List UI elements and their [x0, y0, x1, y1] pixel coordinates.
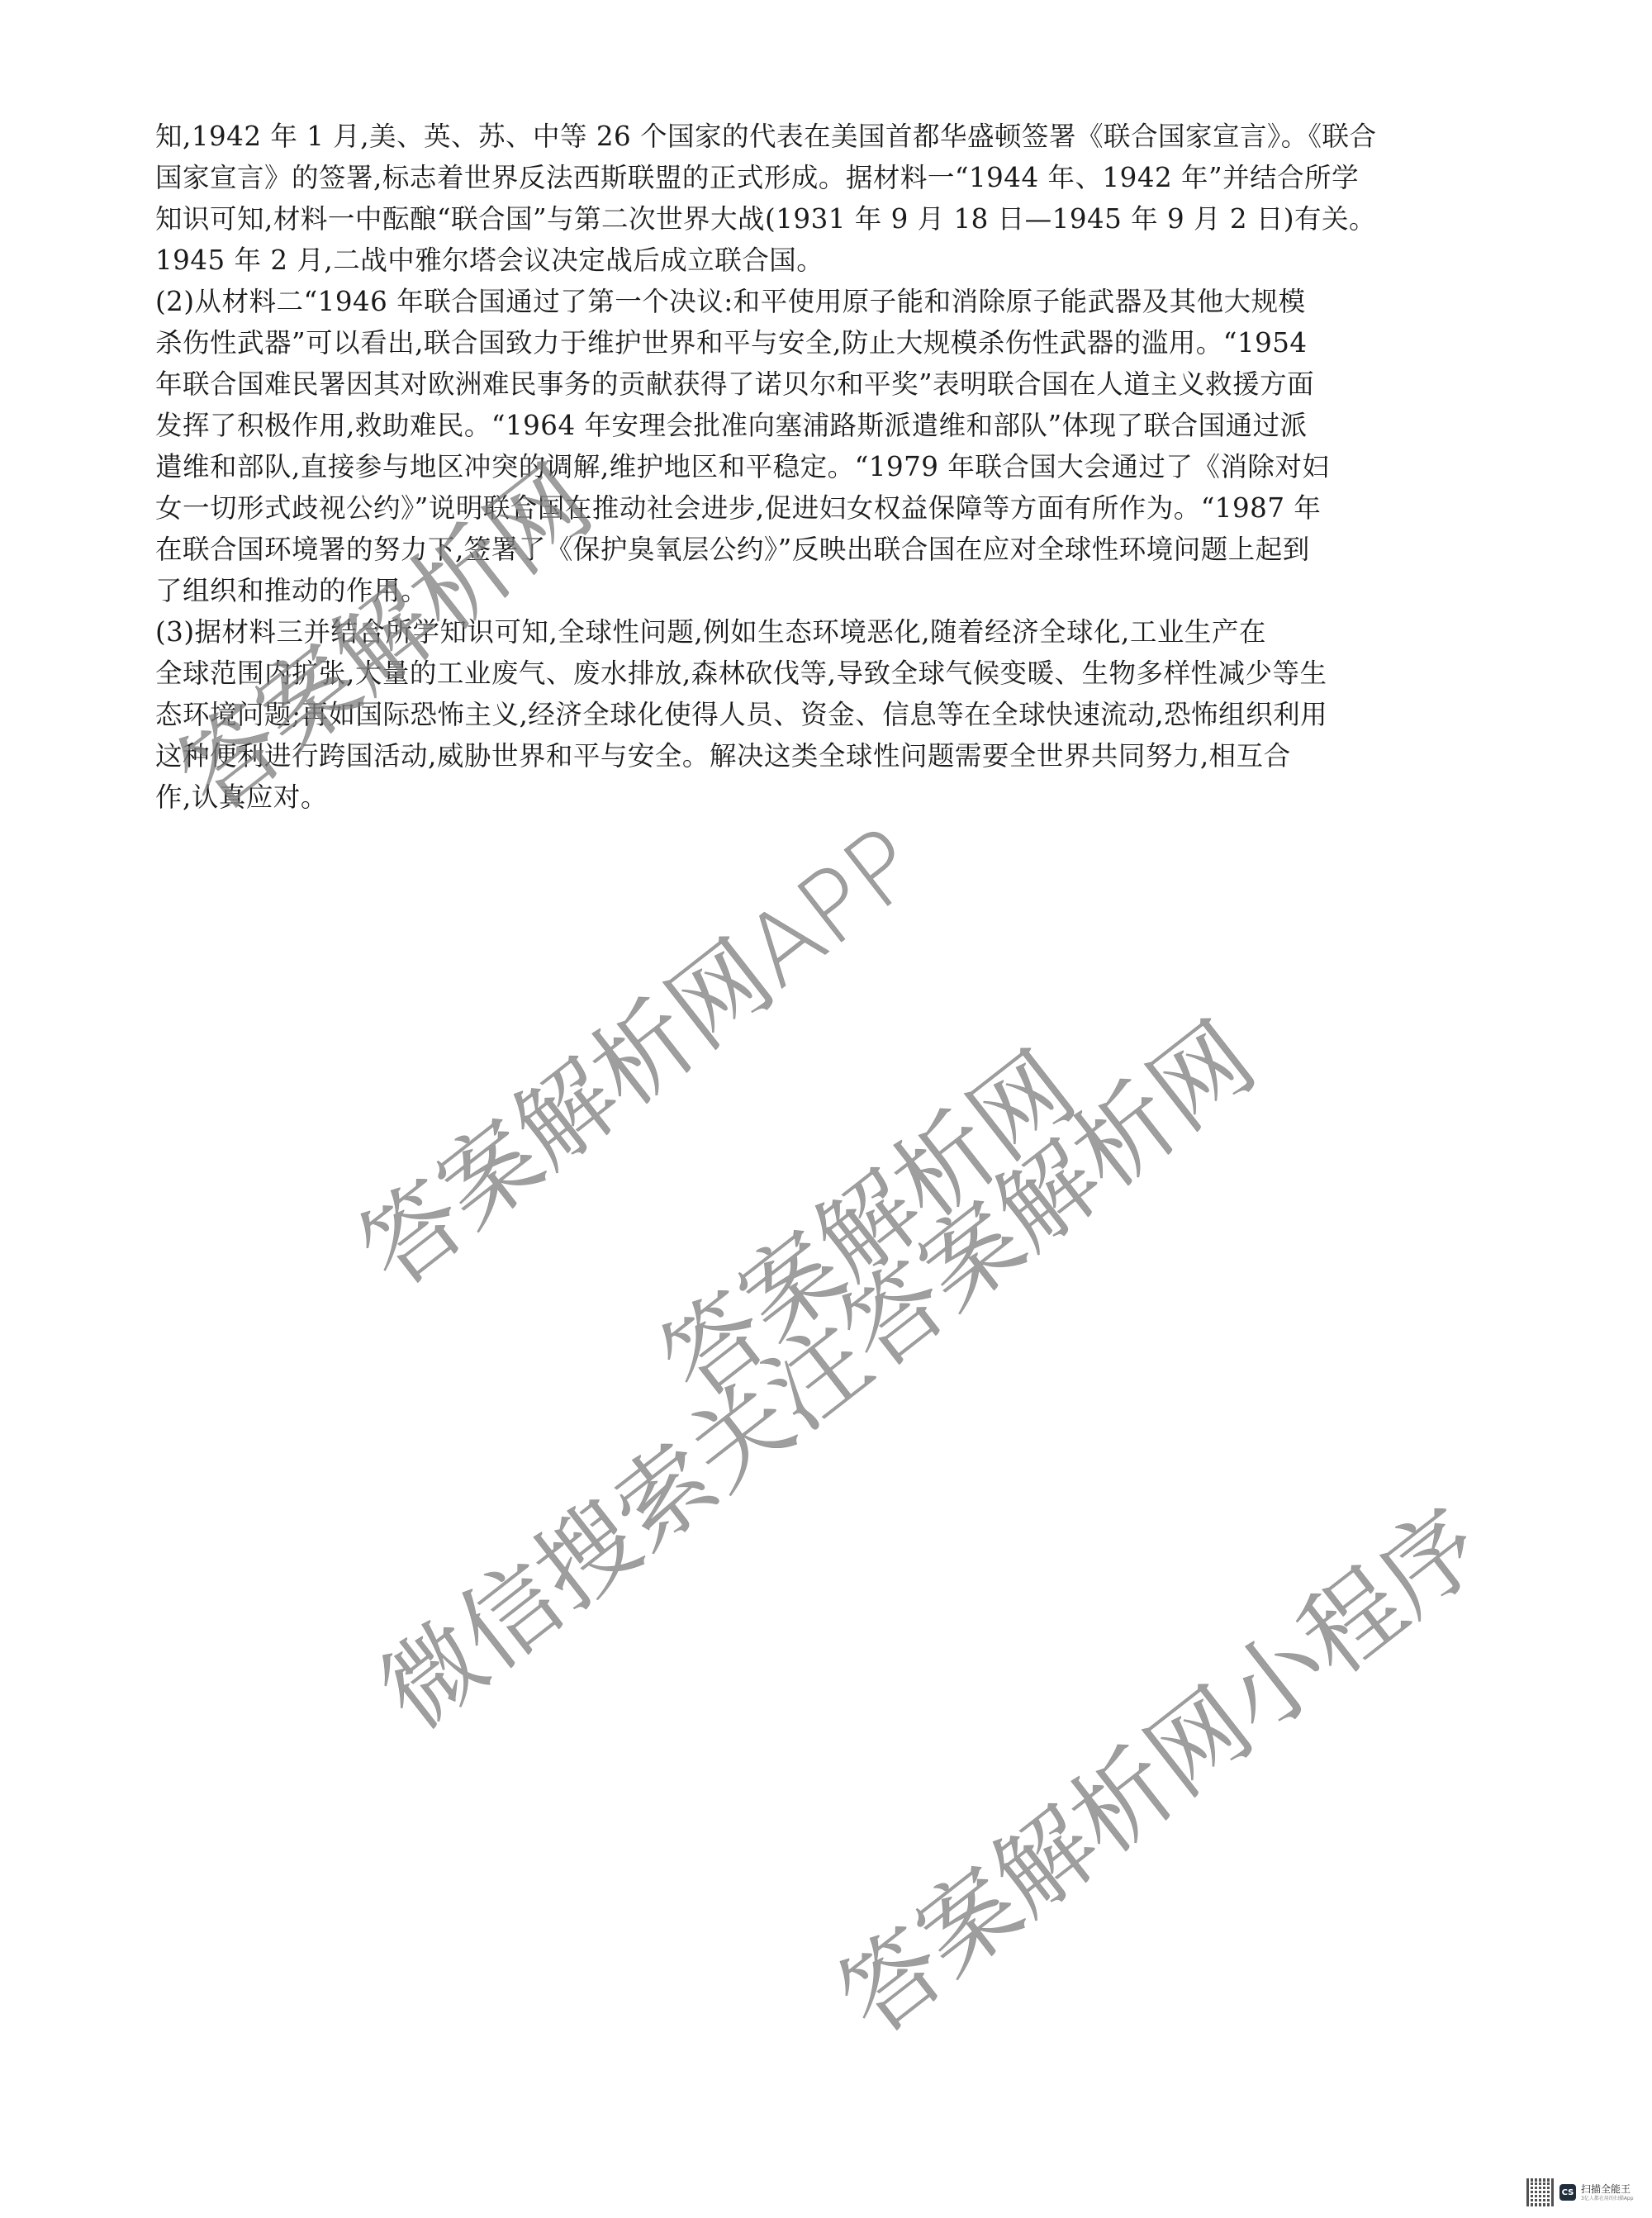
watermark-5: 答案解析网小程序: [805, 1470, 1507, 2060]
line-2: 国家宣言》的签署,标志着世界反法西斯联盟的正式形成。据材料一“1944 年、19…: [155, 157, 1378, 198]
watermark-4: 微信搜索关注答案解析网: [347, 984, 1279, 1755]
line-5: (2)从材料二“1946 年联合国通过了第一个决议:和平使用原子能和消除原子能武…: [155, 281, 1378, 322]
line-1: 知,1942 年 1 月,美、英、苏、中等 26 个国家的代表在美国首都华盛顿签…: [155, 116, 1378, 157]
line-17: 作,认真应对。: [155, 777, 1378, 818]
qr-code-icon: [1526, 2178, 1555, 2206]
scanner-badge-title: 扫描全能王: [1581, 2184, 1634, 2194]
line-3: 知识可知,材料一中酝酿“联合国”与第二次世界大战(1931 年 9 月 18 日…: [155, 198, 1378, 240]
line-12: 了组织和推动的作用。: [155, 570, 1378, 611]
watermark-2: 答案解析网APP: [326, 788, 942, 1313]
line-16: 这种便利进行跨国活动,威胁世界和平与安全。解决这类全球性问题需要全世界共同努力,…: [155, 735, 1378, 777]
scanner-badge-subtitle: 3亿人都在用的扫描App: [1581, 2197, 1634, 2201]
line-13: (3)据材料三并结合所学知识可知,全球性问题,例如生态环境恶化,随着经济全球化,…: [155, 611, 1378, 653]
line-6: 杀伤性武器”可以看出,联合国致力于维护世界和平与安全,防止大规模杀伤性武器的滥用…: [155, 322, 1378, 363]
camscanner-logo-icon: CS: [1559, 2184, 1576, 2201]
line-8: 发挥了积极作用,救助难民。“1964 年安理会批准向塞浦路斯派遣维和部队”体现了…: [155, 405, 1378, 446]
line-15: 态环境问题;再如国际恐怖主义,经济全球化使得人员、资金、信息等在全球快速流动,恐…: [155, 694, 1378, 735]
scanner-badge: CS 扫描全能王 3亿人都在用的扫描App: [1526, 2174, 1650, 2211]
line-11: 在联合国环境署的努力下,签署了《保护臭氧层公约》”反映出联合国在应对全球性环境问…: [155, 529, 1378, 570]
line-14: 全球范围内扩张,大量的工业废气、废水排放,森林砍伐等,导致全球气候变暖、生物多样…: [155, 653, 1378, 694]
line-9: 遣维和部队,直接参与地区冲突的调解,维护地区和平稳定。“1979 年联合国大会通…: [155, 446, 1378, 487]
line-10: 女一切形式歧视公约》”说明联合国在推动社会进步,促进妇女权益保障等方面有所作为。…: [155, 487, 1378, 529]
watermark-3: 答案解析网: [628, 1014, 1099, 1424]
line-7: 年联合国难民署因其对欧洲难民事务的贡献获得了诺贝尔和平奖”表明联合国在人道主义救…: [155, 363, 1378, 405]
answer-document: 知,1942 年 1 月,美、英、苏、中等 26 个国家的代表在美国首都华盛顿签…: [155, 116, 1378, 818]
line-4: 1945 年 2 月,二战中雅尔塔会议决定战后成立联合国。: [155, 240, 1378, 281]
